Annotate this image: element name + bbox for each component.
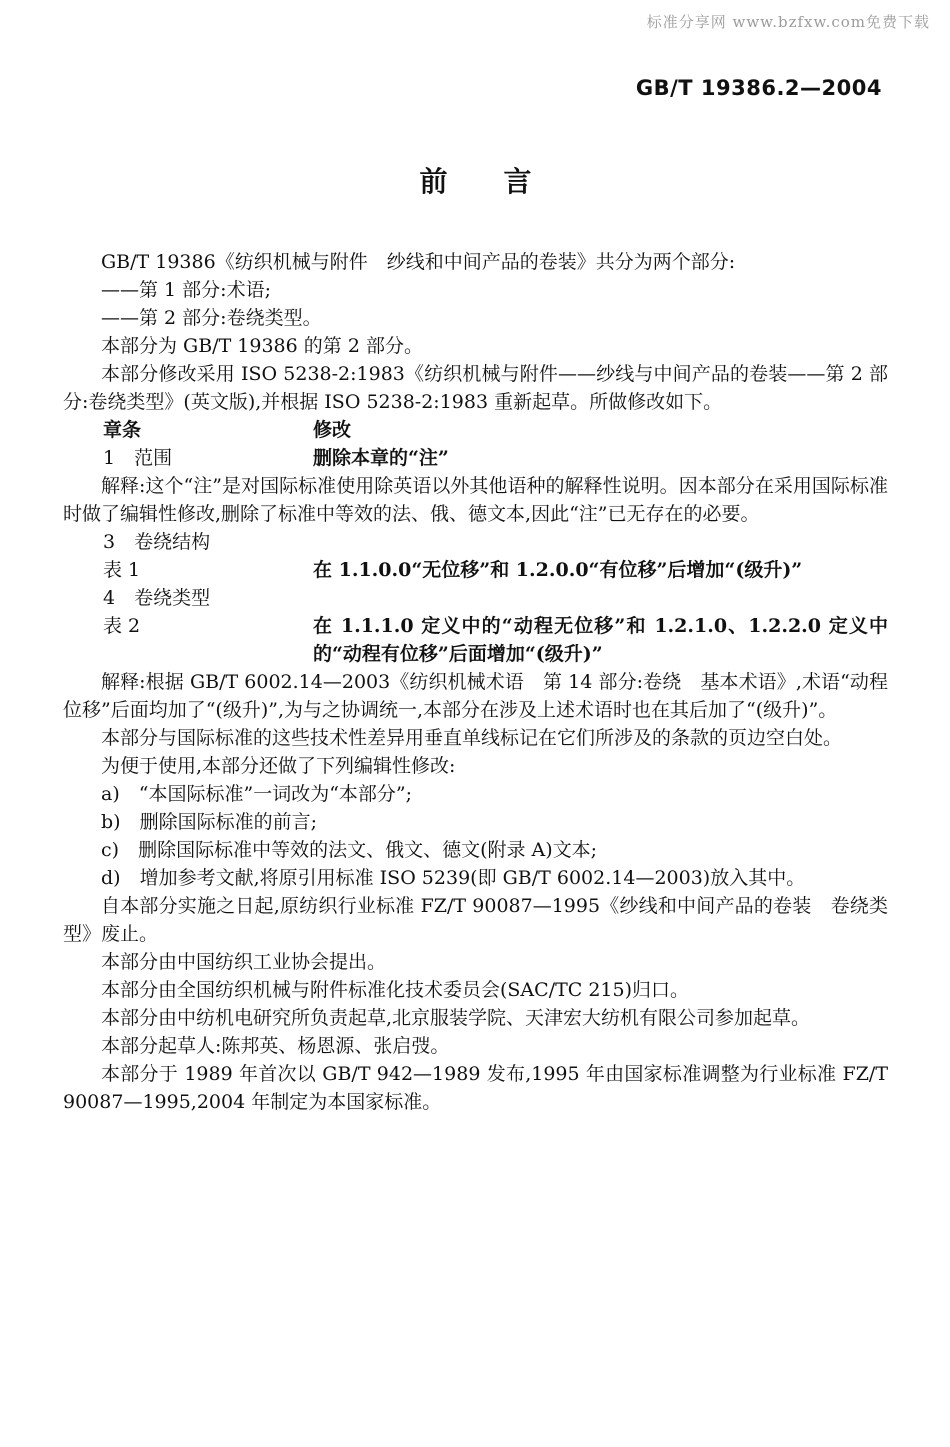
explanation-note: 解释:这个“注”是对国际标准使用除英语以外其他语种的解释性说明。因本部分在采用国… <box>63 472 888 528</box>
item-label: d) <box>101 867 121 889</box>
mod-row-change: 在 1.1.0.0“无位移”和 1.2.0.0“有位移”后增加“(级升)” <box>313 556 888 584</box>
mod-row-clause: 4 卷绕类型 <box>63 584 313 612</box>
mod-table-header-col2: 修改 <box>313 416 888 444</box>
editorial-item-c: c) 删除国际标准中等效的法文、俄文、德文(附录 A)文本; <box>63 836 888 864</box>
mod-table-row: 3 卷绕结构 <box>63 528 888 556</box>
mod-row-clause: 3 卷绕结构 <box>63 528 313 556</box>
difference-marking-paragraph: 本部分与国际标准的这些技术性差异用垂直单线标记在它们所涉及的条款的页边空白处。 <box>63 724 888 752</box>
mod-row-clause: 表 1 <box>63 556 313 584</box>
part2-item: ——第 2 部分:卷绕类型。 <box>63 304 888 332</box>
mod-row-change: 删除本章的“注” <box>313 444 888 472</box>
history-paragraph: 本部分于 1989 年首次以 GB/T 942—1989 发布,1995 年由国… <box>63 1060 888 1116</box>
mod-table-row: 表 1 在 1.1.0.0“无位移”和 1.2.0.0“有位移”后增加“(级升)… <box>63 556 888 584</box>
editorial-item-b: b) 删除国际标准的前言; <box>63 808 888 836</box>
intro-paragraph: GB/T 19386《纺织机械与附件 纱线和中间产品的卷装》共分为两个部分: <box>63 248 888 276</box>
supersession-paragraph: 自本部分实施之日起,原纺织行业标准 FZ/T 90087—1995《纱线和中间产… <box>63 892 888 948</box>
editorial-intro-paragraph: 为便于使用,本部分还做了下列编辑性修改: <box>63 752 888 780</box>
part1-item: ——第 1 部分:术语; <box>63 276 888 304</box>
mod-table-row: 1 范围 删除本章的“注” <box>63 444 888 472</box>
mod-row-clause: 1 范围 <box>63 444 313 472</box>
item-text: 删除国际标准的前言; <box>140 811 317 833</box>
item-text: 增加参考文献,将原引用标准 ISO 5239(即 GB/T 6002.14—20… <box>140 867 806 889</box>
page-title: 前 言 <box>63 166 888 198</box>
mod-row-clause: 表 2 <box>63 612 313 668</box>
editorial-item-a: a) “本国际标准”一词改为“本部分”; <box>63 780 888 808</box>
explanation-note: 解释:根据 GB/T 6002.14—2003《纺织机械术语 第 14 部分:卷… <box>63 668 888 724</box>
item-label: a) <box>101 783 120 805</box>
item-text: “本国际标准”一词改为“本部分”; <box>139 783 412 805</box>
drafting-org-paragraph: 本部分由中纺机电研究所负责起草,北京服装学院、天津宏大纺机有限公司参加起草。 <box>63 1004 888 1032</box>
editorial-item-d: d) 增加参考文献,将原引用标准 ISO 5239(即 GB/T 6002.14… <box>63 864 888 892</box>
doc-number: GB/T 19386.2—2004 <box>0 76 950 100</box>
foreword-text: GB/T 19386《纺织机械与附件 纱线和中间产品的卷装》共分为两个部分: —… <box>63 248 888 1116</box>
page-body: 前 言 GB/T 19386《纺织机械与附件 纱线和中间产品的卷装》共分为两个部… <box>63 166 888 1116</box>
mod-row-change: 在 1.1.1.0 定义中的“动程无位移”和 1.2.1.0、1.2.2.0 定… <box>313 612 888 668</box>
mod-table-header-row: 章条 修改 <box>63 416 888 444</box>
item-text: 删除国际标准中等效的法文、俄文、德文(附录 A)文本; <box>138 839 597 861</box>
item-label: c) <box>101 839 119 861</box>
item-label: b) <box>101 811 121 833</box>
drafters-paragraph: 本部分起草人:陈邦英、杨恩源、张启弢。 <box>63 1032 888 1060</box>
mod-row-change <box>313 584 888 612</box>
watermark-text: 标准分享网 www.bzfxw.com免费下载 <box>0 0 950 32</box>
mod-row-change <box>313 528 888 556</box>
this-part-paragraph: 本部分为 GB/T 19386 的第 2 部分。 <box>63 332 888 360</box>
mod-table-row: 4 卷绕类型 <box>63 584 888 612</box>
mod-table-row: 表 2 在 1.1.1.0 定义中的“动程无位移”和 1.2.1.0、1.2.2… <box>63 612 888 668</box>
adoption-paragraph: 本部分修改采用 ISO 5238-2:1983《纺织机械与附件——纱线与中间产品… <box>63 360 888 416</box>
mod-table-header-col1: 章条 <box>63 416 313 444</box>
committee-paragraph: 本部分由全国纺织机械与附件标准化技术委员会(SAC/TC 215)归口。 <box>63 976 888 1004</box>
proposer-paragraph: 本部分由中国纺织工业协会提出。 <box>63 948 888 976</box>
